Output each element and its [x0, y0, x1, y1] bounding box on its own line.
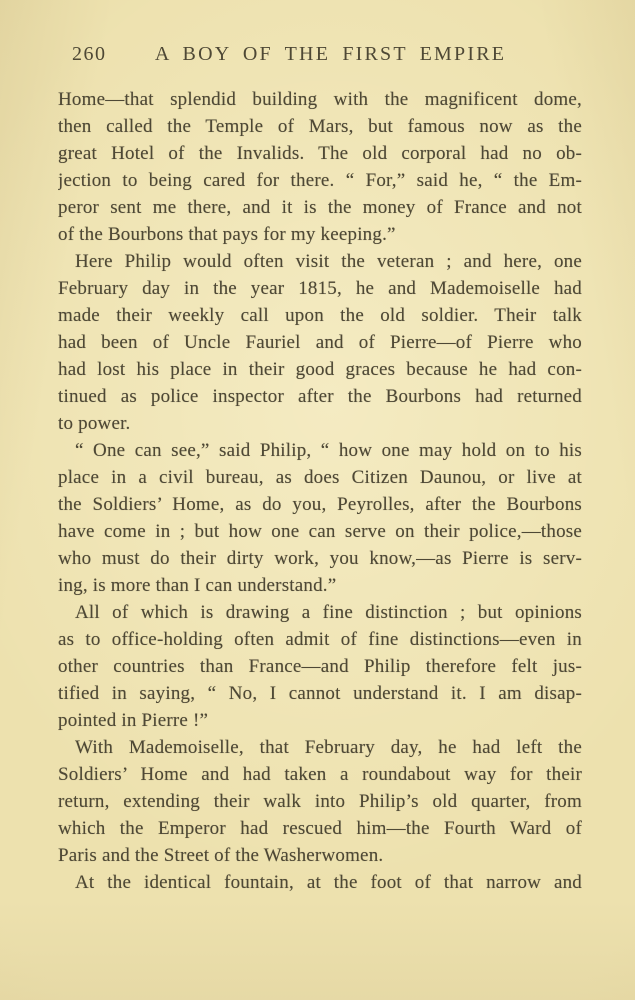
text-line: tified in saying, “ No, I cannot underst…	[58, 680, 582, 707]
text-line: who must do their dirty work, you know,—…	[58, 545, 582, 572]
text-line: February day in the year 1815, he and Ma…	[58, 275, 582, 302]
paragraph: Home—that splendid building with the mag…	[58, 86, 582, 248]
text-line: made their weekly call upon the old sold…	[58, 302, 582, 329]
text-line: other countries than France—and Philip t…	[58, 653, 582, 680]
paragraph: “ One can see,” said Philip, “ how one m…	[58, 437, 582, 599]
text-line: “ One can see,” said Philip, “ how one m…	[58, 437, 582, 464]
paragraph: At the identical fountain, at the foot o…	[58, 869, 582, 896]
text-line: jection to being cared for there. “ For,…	[58, 167, 582, 194]
body-text: Home—that splendid building with the mag…	[58, 86, 582, 896]
text-line: ing, is more than I can understand.”	[58, 572, 582, 599]
text-line: great Hotel of the Invalids. The old cor…	[58, 140, 582, 167]
paragraph: Here Philip would often visit the vetera…	[58, 248, 582, 437]
text-line: had been of Uncle Fauriel and of Pierre—…	[58, 329, 582, 356]
paragraph: With Mademoiselle, that February day, he…	[58, 734, 582, 869]
text-line: At the identical fountain, at the foot o…	[58, 869, 582, 896]
text-line: pointed in Pierre !”	[58, 707, 582, 734]
text-line: peror sent me there, and it is the money…	[58, 194, 582, 221]
text-line: then called the Temple of Mars, but famo…	[58, 113, 582, 140]
text-line: tinued as police inspector after the Bou…	[58, 383, 582, 410]
text-line: which the Emperor had rescued him—the Fo…	[58, 815, 582, 842]
text-line: the Soldiers’ Home, as do you, Peyrolles…	[58, 491, 582, 518]
text-line: return, extending their walk into Philip…	[58, 788, 582, 815]
text-line: had lost his place in their good graces …	[58, 356, 582, 383]
page-header: 260 A BOY OF THE FIRST EMPIRE	[58, 42, 583, 66]
text-line: All of which is drawing a fine distincti…	[58, 599, 582, 626]
text-line: Here Philip would often visit the vetera…	[58, 248, 582, 275]
paragraph: All of which is drawing a fine distincti…	[58, 599, 582, 734]
text-line: have come in ; but how one can serve on …	[58, 518, 582, 545]
text-line: With Mademoiselle, that February day, he…	[58, 734, 582, 761]
text-line: Home—that splendid building with the mag…	[58, 86, 582, 113]
running-title: A BOY OF THE FIRST EMPIRE	[68, 42, 593, 66]
text-line: to power.	[58, 410, 582, 437]
text-line: of the Bourbons that pays for my keeping…	[58, 221, 582, 248]
text-line: as to office-holding often admit of fine…	[58, 626, 582, 653]
text-line: place in a civil bureau, as does Citizen…	[58, 464, 582, 491]
text-line: Paris and the Street of the Washerwomen.	[58, 842, 582, 869]
text-line: Soldiers’ Home and had taken a roundabou…	[58, 761, 582, 788]
book-page-scan: 260 A BOY OF THE FIRST EMPIRE Home—that …	[0, 0, 635, 1000]
